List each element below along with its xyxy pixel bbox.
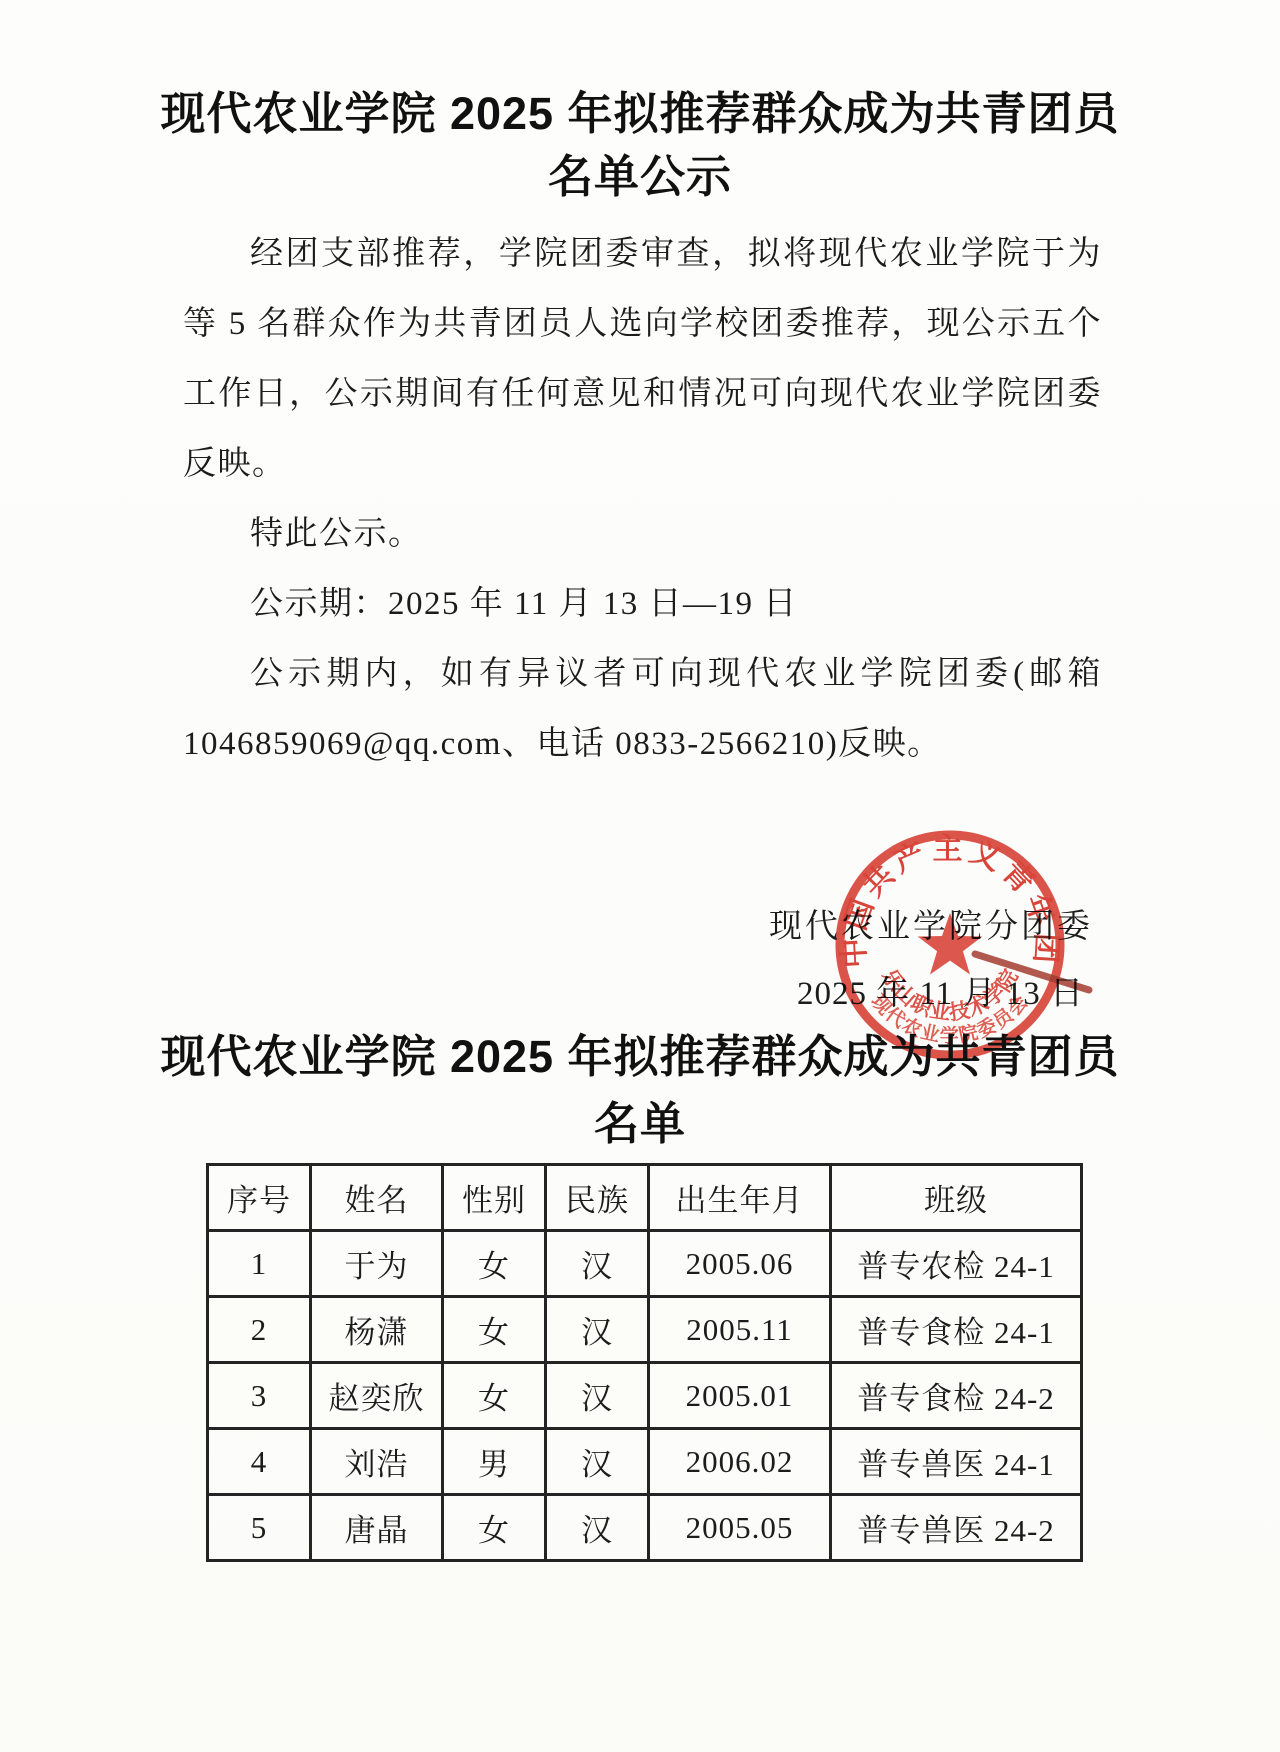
publicity-period-line: 公示期：2025 年 11 月 13 日—19 日 <box>183 569 1102 639</box>
table-cell: 唐晶 <box>311 1495 443 1561</box>
table-cell: 普专食检 24-2 <box>831 1363 1082 1429</box>
table-cell: 杨潇 <box>311 1297 443 1363</box>
contact-line-email-phone: 1046859069@qq.com、电话 0833-2566210)反映。 <box>183 709 1102 779</box>
table-header-cell: 序号 <box>208 1165 311 1231</box>
body-line: 工作日，公示期间有任何意见和情况可向现代农业学院团委 <box>183 359 1102 429</box>
table-cell: 2005.11 <box>649 1297 831 1363</box>
notice-title-line2: 名单公示 <box>0 151 1280 203</box>
table-cell: 赵奕欣 <box>311 1363 443 1429</box>
table-cell: 普专兽医 24-2 <box>831 1495 1082 1561</box>
table-header-cell: 出生年月 <box>649 1165 831 1231</box>
table-body: 1于为女汉2005.06普专农检 24-12杨潇女汉2005.11普专食检 24… <box>208 1231 1082 1561</box>
table-header-cell: 民族 <box>546 1165 649 1231</box>
table-row: 序号姓名性别民族出生年月班级 <box>208 1165 1082 1231</box>
star-icon <box>918 913 983 975</box>
table-cell: 2006.02 <box>649 1429 831 1495</box>
table-cell: 于为 <box>311 1231 443 1297</box>
table-cell: 刘浩 <box>311 1429 443 1495</box>
table-cell: 2005.01 <box>649 1363 831 1429</box>
table-cell: 普专兽医 24-1 <box>831 1429 1082 1495</box>
table-cell: 普专食检 24-1 <box>831 1297 1082 1363</box>
table-row: 4刘浩男汉2006.02普专兽医 24-1 <box>208 1429 1082 1495</box>
list-title-line2: 名单 <box>0 1098 1280 1150</box>
table-cell: 汉 <box>546 1231 649 1297</box>
table-cell: 2005.06 <box>649 1231 831 1297</box>
table-cell: 汉 <box>546 1429 649 1495</box>
notice-body: 经团支部推荐，学院团委审查，拟将现代农业学院于为 等 5 名群众作为共青团员人选… <box>183 219 1102 779</box>
table-cell: 5 <box>208 1495 311 1561</box>
table-cell: 女 <box>443 1231 546 1297</box>
table-cell: 女 <box>443 1495 546 1561</box>
table-cell: 女 <box>443 1363 546 1429</box>
table-cell: 汉 <box>546 1363 649 1429</box>
notice-title-line1: 现代农业学院 2025 年拟推荐群众成为共青团员 <box>0 88 1280 140</box>
table-cell: 汉 <box>546 1495 649 1561</box>
table-header-cell: 性别 <box>443 1165 546 1231</box>
body-line: 特此公示。 <box>183 499 1102 569</box>
table-cell: 3 <box>208 1363 311 1429</box>
table-header-cell: 班级 <box>831 1165 1082 1231</box>
table-cell: 汉 <box>546 1297 649 1363</box>
body-line: 反映。 <box>183 429 1102 499</box>
document-page: 现代农业学院 2025 年拟推荐群众成为共青团员 名单公示 经团支部推荐，学院团… <box>0 0 1280 1752</box>
table-cell: 4 <box>208 1429 311 1495</box>
table-row: 1于为女汉2005.06普专农检 24-1 <box>208 1231 1082 1297</box>
table-row: 5唐晶女汉2005.05普专兽医 24-2 <box>208 1495 1082 1561</box>
table-cell: 普专农检 24-1 <box>831 1231 1082 1297</box>
table-row: 2杨潇女汉2005.11普专食检 24-1 <box>208 1297 1082 1363</box>
table-header-row: 序号姓名性别民族出生年月班级 <box>208 1165 1082 1231</box>
table-cell: 1 <box>208 1231 311 1297</box>
table-cell: 2005.05 <box>649 1495 831 1561</box>
body-line: 等 5 名群众作为共青团员人选向学校团委推荐，现公示五个 <box>183 289 1102 359</box>
body-line: 经团支部推荐，学院团委审查，拟将现代农业学院于为 <box>183 219 1102 289</box>
list-title-line1: 现代农业学院 2025 年拟推荐群众成为共青团员 <box>0 1031 1280 1083</box>
table-row: 3赵奕欣女汉2005.01普专食检 24-2 <box>208 1363 1082 1429</box>
contact-line: 公示期内，如有异议者可向现代农业学院团委(邮箱 <box>183 639 1102 709</box>
member-list-table: 序号姓名性别民族出生年月班级 1于为女汉2005.06普专农检 24-12杨潇女… <box>206 1163 1083 1562</box>
table-header-cell: 姓名 <box>311 1165 443 1231</box>
table-cell: 男 <box>443 1429 546 1495</box>
table-cell: 女 <box>443 1297 546 1363</box>
table-cell: 2 <box>208 1297 311 1363</box>
